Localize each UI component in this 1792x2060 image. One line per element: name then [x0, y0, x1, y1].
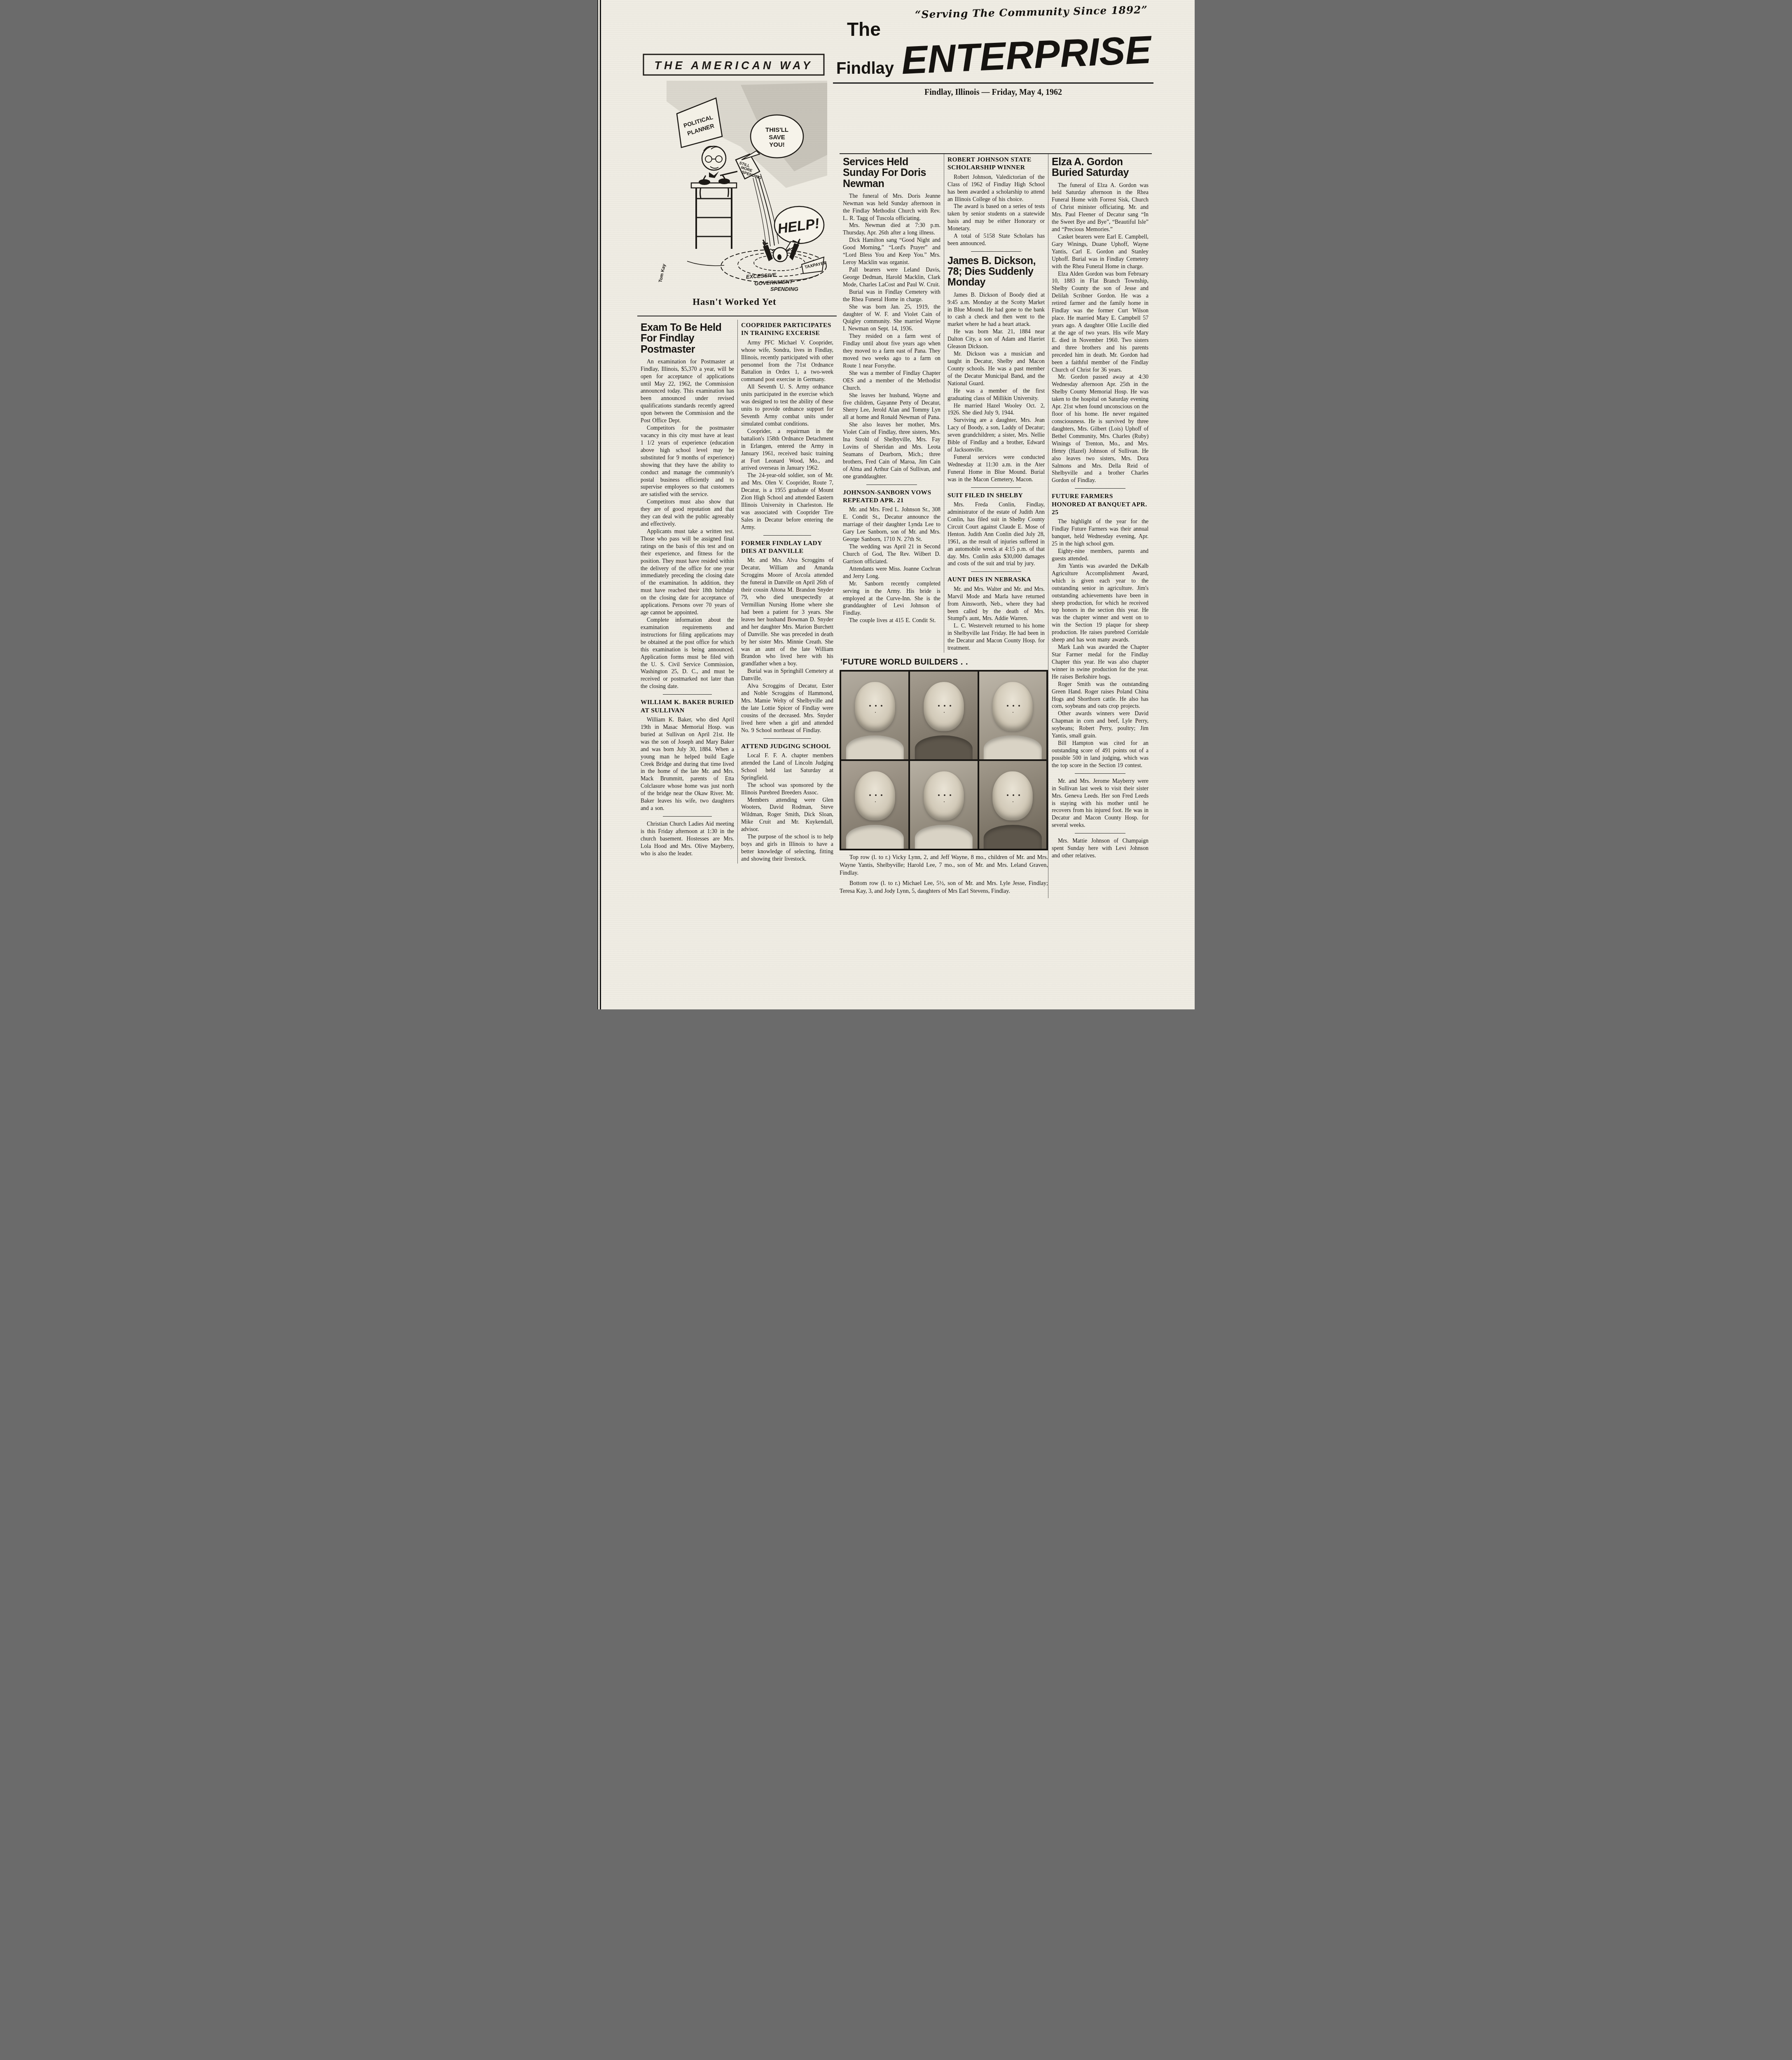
article-paragraph: Mr. Gordon passed away at 4:30 Wednesday…	[1052, 373, 1149, 484]
cartoon-drawing: THE AMERICAN WAY POLITICAL PLANNER STILL…	[638, 52, 831, 294]
article-headline: Exam To Be Held For Findlay Postmaster	[641, 322, 734, 355]
article: James B. Dickson, 78; Dies Suddenly Mond…	[947, 255, 1045, 483]
masthead-the: The	[836, 20, 901, 39]
article: Mrs. Mattie Johnson of Champaign spent S…	[1052, 837, 1149, 859]
article-headline: AUNT DIES IN NEBRASKA	[947, 576, 1045, 583]
article: Elza A. Gordon Buried SaturdayThe funera…	[1052, 157, 1149, 484]
article-paragraph: The funeral of Mrs. Doris Jeanne Newman …	[843, 192, 940, 222]
article-paragraph: Elza Alden Gordon was born February 10, …	[1052, 270, 1149, 374]
article-paragraph: The school was sponsored by the Illinois…	[741, 782, 833, 796]
child-face	[875, 794, 877, 796]
article-paragraph: All Seventh U. S. Army ordnance units pa…	[741, 383, 833, 428]
article-paragraph: Roger Smith was the outstanding Green Ha…	[1052, 681, 1149, 710]
article: AUNT DIES IN NEBRASKAMr. and Mrs. Walter…	[947, 576, 1045, 652]
article-paragraph: Competitors must also show that they are…	[641, 498, 734, 528]
article-paragraph: The 24-year-old soldier, son of Mr. and …	[741, 472, 833, 531]
chair-seat	[691, 183, 737, 188]
article-separator	[763, 535, 811, 536]
article-paragraph: The couple lives at 415 E. Condit St.	[843, 617, 940, 624]
article-headline: ATTEND JUDGING SCHOOL	[741, 742, 833, 750]
bow-tie	[709, 171, 719, 178]
article-paragraph: She was born Jan. 25, 1919, the daughter…	[843, 303, 940, 333]
article-paragraph: Mrs. Mattie Johnson of Champaign spent S…	[1052, 837, 1149, 859]
article-paragraph: Casket bearers were Earl E. Campbell, Ga…	[1052, 233, 1149, 270]
article-separator	[971, 571, 1022, 572]
article-paragraph: Other awards winners were David Chapman …	[1052, 710, 1149, 740]
article-separator	[663, 816, 711, 817]
child-face	[944, 705, 945, 707]
column-1: Exam To Be Held For Findlay PostmasterAn…	[637, 320, 737, 864]
column-5: Elza A. Gordon Buried SaturdayThe funera…	[1048, 154, 1152, 898]
article-paragraph: Members attending were Glen Wooters, Dav…	[741, 796, 833, 833]
article-paragraph: He was a member of the first graduating …	[947, 387, 1045, 402]
photo-caption: Top row (l. to r.) Vicky Lynn, 2, and Je…	[840, 854, 1048, 895]
child-face	[875, 705, 877, 707]
article: Mr. and Mrs. Jerome Mayberry were in Sul…	[1052, 777, 1149, 829]
article-paragraph: Bill Hampton was cited for an outstandin…	[1052, 740, 1149, 769]
future-world-builders-feature: 'FUTURE WORLD BUILDERS . . Top row (l. t…	[840, 657, 1048, 898]
article-paragraph: Christian Church Ladies Aid meeting is t…	[641, 820, 734, 857]
article-paragraph: Funeral services were conducted Wednesda…	[947, 454, 1045, 483]
child-photo	[841, 761, 908, 849]
article-paragraph: Mr. and Mrs. Alva Scroggins of Decatur, …	[741, 557, 833, 667]
article-separator	[1075, 773, 1125, 774]
article-paragraph: Army PFC Michael V. Cooprider, whose wif…	[741, 339, 833, 384]
child-face	[944, 794, 945, 796]
photo-caption-top: Top row (l. to r.) Vicky Lynn, 2, and Je…	[840, 854, 1048, 877]
columns-3-4-wrapper: Services Held Sunday For Doris NewmanThe…	[840, 154, 1048, 898]
article-paragraph: Local F. F. A. chapter members attended …	[741, 752, 833, 782]
child-photo	[979, 672, 1046, 759]
left-columns: Exam To Be Held For Findlay PostmasterAn…	[637, 316, 837, 864]
article-paragraph: Mr. and Mrs. Fred L. Johnson Sr., 308 E.…	[843, 506, 940, 543]
article-paragraph: Pall bearers were Leland Davis, George D…	[843, 266, 940, 288]
article-paragraph: Complete information about the examinati…	[641, 616, 734, 690]
editorial-cartoon: THE AMERICAN WAY POLITICAL PLANNER STILL…	[638, 52, 831, 307]
masthead-findlay: Findlay	[836, 60, 901, 77]
article-headline: Elza A. Gordon Buried Saturday	[1052, 157, 1149, 178]
article-paragraph: A total of 5158 State Scholars has been …	[947, 232, 1045, 247]
child-photo	[910, 761, 977, 849]
article: JOHNSON-SANBORN VOWS REPEATED APR. 21Mr.…	[843, 489, 940, 625]
article-paragraph: Mr. Dickson was a musician and taught in…	[947, 350, 1045, 387]
article-paragraph: Attendants were Miss. Joanne Cochran and…	[843, 565, 940, 580]
article-paragraph: Jim Yantis was awarded the DeKalb Agricu…	[1052, 562, 1149, 644]
article-paragraph: He married Hazel Wooley Oct. 2, 1926. Sh…	[947, 402, 1045, 417]
scan-edge-line	[600, 0, 601, 1009]
save-you-line-1: THIS'LL	[765, 126, 788, 133]
article-paragraph: The highlight of the year for the Findla…	[1052, 518, 1149, 548]
dateline: Findlay, Illinois — Friday, May 4, 1962	[833, 84, 1153, 100]
cartoon-title: THE AMERICAN WAY	[655, 59, 813, 72]
article-paragraph: Mrs. Freda Conlin, Findlay, administrato…	[947, 501, 1045, 567]
article-separator	[971, 251, 1022, 252]
masthead-city-block: The Findlay	[833, 20, 901, 77]
article: Exam To Be Held For Findlay PostmasterAn…	[641, 322, 734, 690]
cartoon-caption: Hasn't Worked Yet	[638, 297, 831, 307]
article-paragraph: She also leaves her mother, Mrs. Violet …	[843, 421, 940, 480]
article-paragraph: Applicants must take a written test. Tho…	[641, 528, 734, 616]
article-paragraph: The purpose of the school is to help boy…	[741, 833, 833, 863]
article-paragraph: She leaves her husband, Wayne and five c…	[843, 392, 940, 421]
child-face	[1013, 794, 1014, 796]
right-columns: Services Held Sunday For Doris NewmanThe…	[840, 153, 1152, 898]
article-paragraph: Mr. Sanborn recently completed serving i…	[843, 580, 940, 617]
photo-feature-title: 'FUTURE WORLD BUILDERS . .	[840, 658, 1048, 667]
article-headline: JOHNSON-SANBORN VOWS REPEATED APR. 21	[843, 489, 940, 505]
children-photo-grid	[840, 670, 1048, 850]
article-paragraph: Competitors for the postmaster vacancy i…	[641, 424, 734, 498]
column-4: ROBERT JOHNSON STATE SCHOLARSHIP WINNERR…	[944, 154, 1048, 653]
cartoonist-signature: Tom Kay	[658, 263, 667, 283]
article-separator	[1075, 833, 1125, 833]
article-paragraph: Alva Scroggins of Decatur, Ester and Nob…	[741, 682, 833, 734]
article-separator	[866, 485, 917, 485]
article-headline: SUIT FILED IN SHELBY	[947, 492, 1045, 499]
article-paragraph: William K. Baker, who died April 19th in…	[641, 716, 734, 812]
article-paragraph: Burial was in Findlay Cemetery with the …	[843, 288, 940, 303]
child-photo	[841, 672, 908, 759]
article-paragraph: The funeral of Elza A. Gordon was held S…	[1052, 182, 1149, 233]
article-paragraph: Dick Hamilton sang “Good Night and Good …	[843, 236, 940, 266]
save-you-line-3: YOU!	[769, 141, 785, 148]
column-2: COOPRIDER PARTICIPATES IN TRAINING EXCER…	[737, 320, 837, 864]
article-paragraph: He was born Mar. 21, 1884 near Dalton Ci…	[947, 328, 1045, 350]
article-headline: COOPRIDER PARTICIPATES IN TRAINING EXCER…	[741, 321, 833, 337]
article-headline: Services Held Sunday For Doris Newman	[843, 157, 940, 189]
article-paragraph: An examination for Postmaster at Findlay…	[641, 358, 734, 424]
water-label-2: GOVERNMENT	[754, 279, 793, 287]
masthead: “Serving The Community Since 1892” The F…	[833, 7, 1153, 100]
article-paragraph: Burial was in Springhill Cemetery at Dan…	[741, 667, 833, 682]
water-label-3: SPENDING	[770, 286, 798, 292]
article-headline: FUTURE FARMERS HONORED AT BANQUET APR. 2…	[1052, 492, 1149, 516]
child-photo	[979, 761, 1046, 849]
article-headline: James B. Dickson, 78; Dies Suddenly Mond…	[947, 255, 1045, 288]
child-face	[1013, 705, 1014, 707]
newspaper-page: THE AMERICAN WAY POLITICAL PLANNER STILL…	[597, 0, 1195, 1009]
article: ROBERT JOHNSON STATE SCHOLARSHIP WINNERR…	[947, 156, 1045, 247]
article: Services Held Sunday For Doris NewmanThe…	[843, 157, 940, 480]
newspaper-title: ENTERPRISE	[901, 31, 1154, 80]
article-paragraph: Robert Johnson, Valedictorian of the Cla…	[947, 173, 1045, 203]
column-3: Services Held Sunday For Doris NewmanThe…	[840, 154, 944, 653]
article-paragraph: Mrs. Newman died at 7:30 p.m. Thursday, …	[843, 222, 940, 236]
article-paragraph: L. C. Westervelt returned to his home in…	[947, 622, 1045, 652]
article-paragraph: They resided on a farm west of Findlay u…	[843, 332, 940, 370]
article-paragraph: The wedding was April 21 in Second Churc…	[843, 543, 940, 565]
article-separator	[971, 487, 1022, 488]
article: ATTEND JUDGING SCHOOLLocal F. F. A. chap…	[741, 742, 833, 863]
article-headline: ROBERT JOHNSON STATE SCHOLARSHIP WINNER	[947, 156, 1045, 172]
child-photo	[910, 672, 977, 759]
article-paragraph: Mr. and Mrs. Jerome Mayberry were in Sul…	[1052, 777, 1149, 829]
article-separator	[1075, 488, 1125, 489]
article: FUTURE FARMERS HONORED AT BANQUET APR. 2…	[1052, 492, 1149, 769]
article-paragraph: Cooprider, a repairman in the battalion'…	[741, 428, 833, 472]
article-separator	[763, 738, 811, 739]
article: WILLIAM K. BAKER BURIED AT SULLIVANWilli…	[641, 698, 734, 812]
article-paragraph: The award is based on a series of tests …	[947, 203, 1045, 232]
save-you-line-2: SAVE	[769, 134, 785, 141]
article-paragraph: James B. Dickson of Boody died at 9:45 a…	[947, 291, 1045, 328]
article-paragraph: Surviving are a daughter, Mrs. Jean Lacy…	[947, 417, 1045, 454]
article-paragraph: Mr. and Mrs. Walter and Mr. and Mrs. Mar…	[947, 585, 1045, 623]
article-headline: WILLIAM K. BAKER BURIED AT SULLIVAN	[641, 698, 734, 714]
article-headline: FORMER FINDLAY LADY DIES AT DANVILLE	[741, 539, 833, 555]
article: FORMER FINDLAY LADY DIES AT DANVILLEMr. …	[741, 539, 833, 734]
article-paragraph: Eighty-nine members, parents and guests …	[1052, 548, 1149, 562]
article-paragraph: Mark Lash was awarded the Chapter Star F…	[1052, 644, 1149, 681]
article-separator	[663, 694, 711, 695]
article: SUIT FILED IN SHELBYMrs. Freda Conlin, F…	[947, 492, 1045, 568]
article-paragraph: She was a member of Findlay Chapter OES …	[843, 370, 940, 392]
article: Christian Church Ladies Aid meeting is t…	[641, 820, 734, 857]
article: COOPRIDER PARTICIPATES IN TRAINING EXCER…	[741, 321, 833, 531]
scan-edge-line	[597, 0, 598, 1009]
photo-caption-bottom: Bottom row (l. to r.) Michael Lee, 5½, s…	[840, 880, 1048, 895]
